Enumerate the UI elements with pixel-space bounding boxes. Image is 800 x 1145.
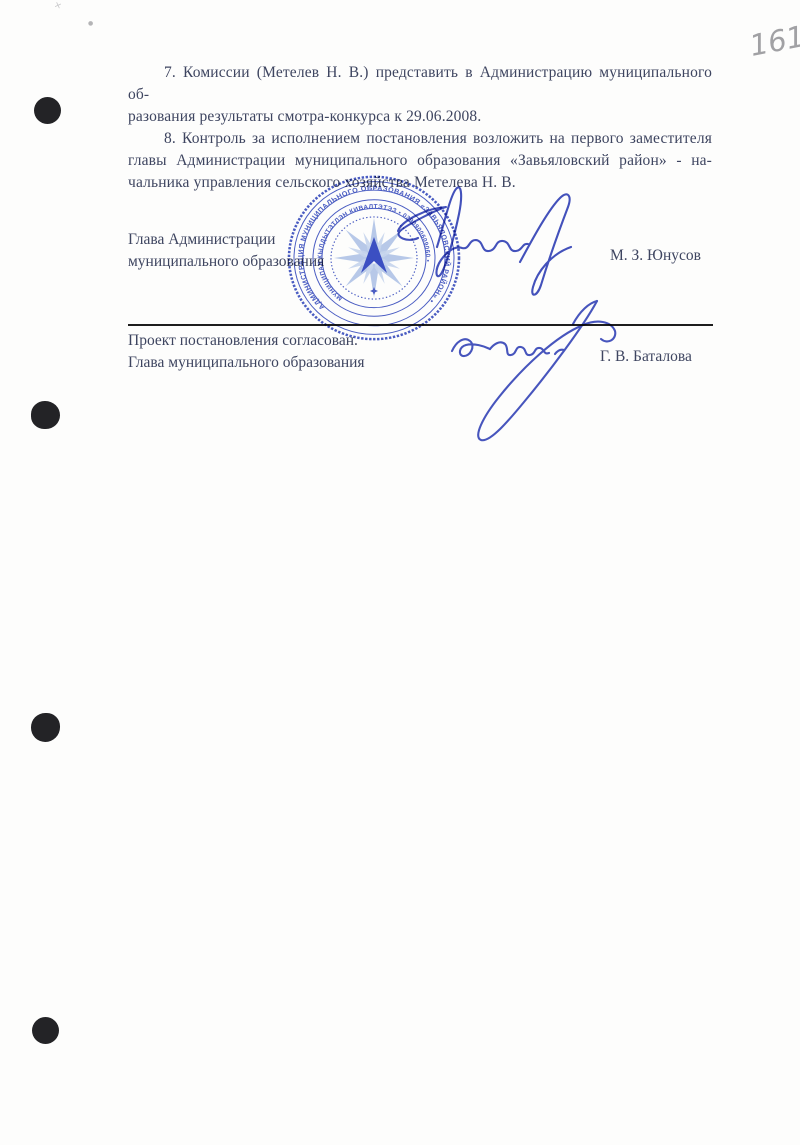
- scan-speck: ×: [53, 0, 64, 12]
- scan-speck: ●: [88, 20, 93, 27]
- scanned-document-page: × ● 7. Комиссии (Метелев Н. В.) представ…: [0, 0, 800, 1145]
- signer-name-batalova: Г. В. Баталова: [600, 348, 692, 366]
- paragraph-7-line-2: разования результаты смотра-конкурса к 2…: [128, 106, 712, 128]
- punch-hole: [31, 401, 60, 429]
- official-seal-svg: АДМИНИСТРАЦИЯ МУНИЦИПАЛЬНОГО ОБРАЗОВАНИЯ…: [284, 172, 464, 344]
- official-seal-stamp: АДМИНИСТРАЦИЯ МУНИЦИПАЛЬНОГО ОБРАЗОВАНИЯ…: [284, 172, 464, 344]
- punch-hole: [31, 713, 60, 742]
- seal-star-emblem: [334, 218, 414, 298]
- signer-name-yunusov: М. З. Юнусов: [610, 247, 701, 265]
- punch-hole: [32, 1017, 59, 1044]
- handwritten-page-number: 161: [747, 19, 800, 63]
- batalova-signature-ink: [452, 301, 615, 440]
- seal-small-star: [370, 287, 378, 295]
- paragraph-8-line-2: главы Администрации муниципального образ…: [128, 150, 712, 172]
- paragraph-7-line-1: 7. Комиссии (Метелев Н. В.) представить …: [128, 62, 712, 106]
- approval-label: Глава муниципального образования: [128, 352, 365, 374]
- punch-hole: [34, 97, 61, 124]
- paragraph-8-line-1: 8. Контроль за исполнением постановления…: [128, 128, 712, 150]
